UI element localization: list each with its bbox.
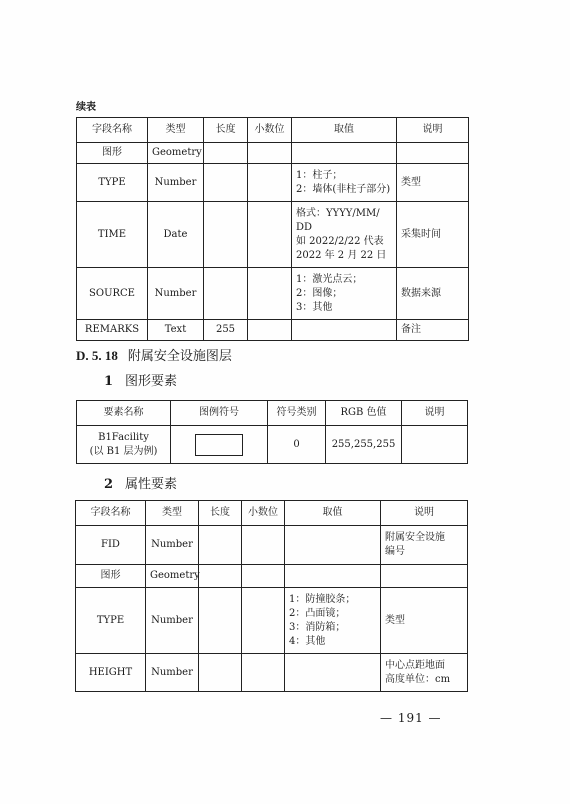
header-description: 说明: [402, 401, 468, 426]
cell-type: Number: [146, 588, 199, 654]
table-row: REMARKS Text 255 备注: [77, 320, 469, 341]
cell-value: [285, 565, 381, 588]
table-row: 图形 Geometry: [76, 565, 468, 588]
cell-length: [199, 588, 242, 654]
cell-length: [204, 143, 248, 164]
cell-description: 数据来源: [397, 268, 469, 320]
header-decimals: 小数位: [248, 118, 292, 143]
cell-field-name: FID: [76, 526, 146, 565]
cell-symbol-category: 0: [268, 426, 326, 464]
cell-length: [204, 268, 248, 320]
cell-length: [204, 202, 248, 268]
subsection-heading-1: 1图形要素: [104, 370, 177, 389]
cell-description: 备注: [397, 320, 469, 341]
cell-value: 1：防撞胶条； 2：凸面镜； 3：消防箱； 4：其他: [285, 588, 381, 654]
cell-length: [199, 654, 242, 692]
cell-description: 附属安全设施 编号: [381, 526, 468, 565]
cell-field-name: TIME: [77, 202, 148, 268]
header-field-name: 字段名称: [77, 118, 148, 143]
header-field-name: 字段名称: [76, 501, 146, 526]
cell-decimals: [248, 202, 292, 268]
cell-decimals: [242, 654, 285, 692]
header-description: 说明: [397, 118, 469, 143]
header-type: 类型: [146, 501, 199, 526]
subsection-number: 1: [104, 374, 113, 389]
section-title: 附属安全设施图层: [128, 349, 232, 364]
cell-legend-symbol: [171, 426, 268, 464]
table-row: HEIGHT Number 中心点距地面 高度单位：cm: [76, 654, 468, 692]
cell-decimals: [242, 588, 285, 654]
cell-type: Text: [148, 320, 204, 341]
cell-value: 格式：YYYY/MM/ DD 如 2022/2/22 代表 2022 年 2 月…: [292, 202, 397, 268]
cell-value: [292, 320, 397, 341]
attribute-table-continued: 字段名称 类型 长度 小数位 取值 说明 图形 Geometry TYPE Nu…: [76, 117, 469, 341]
cell-length: [204, 164, 248, 202]
cell-length: [199, 526, 242, 565]
subsection-number: 2: [104, 477, 113, 492]
cell-decimals: [242, 565, 285, 588]
cell-value: [285, 654, 381, 692]
table-header-row: 字段名称 类型 长度 小数位 取值 说明: [77, 118, 469, 143]
cell-description: [402, 426, 468, 464]
cell-type: Date: [148, 202, 204, 268]
cell-type: Number: [146, 654, 199, 692]
table-row: 图形 Geometry: [77, 143, 469, 164]
rectangle-outline-icon: [195, 434, 243, 456]
cell-decimals: [248, 143, 292, 164]
table-row: TYPE Number 1：柱子； 2：墙体(非柱子部分) 类型: [77, 164, 469, 202]
subsection-title: 属性要素: [125, 477, 177, 492]
cell-decimals: [248, 320, 292, 341]
cell-decimals: [242, 526, 285, 565]
attribute-elements-table: 字段名称 类型 长度 小数位 取值 说明 FID Number 附属安全设施 编…: [75, 500, 468, 692]
table-header-row: 要素名称 图例符号 符号类别 RGB 色值 说明: [77, 401, 468, 426]
cell-value: [285, 526, 381, 565]
cell-description: 采集时间: [397, 202, 469, 268]
table-row: TIME Date 格式：YYYY/MM/ DD 如 2022/2/22 代表 …: [77, 202, 469, 268]
page-number: — 191 —: [380, 711, 442, 725]
cell-length: [199, 565, 242, 588]
cell-type: Number: [148, 164, 204, 202]
cell-rgb-value: 255,255,255: [326, 426, 402, 464]
section-heading: D. 5. 18附属安全设施图层: [76, 345, 232, 364]
header-decimals: 小数位: [242, 501, 285, 526]
cell-description: 类型: [381, 588, 468, 654]
cell-field-name: 图形: [76, 565, 146, 588]
cell-field-name: REMARKS: [77, 320, 148, 341]
cell-length: 255: [204, 320, 248, 341]
subsection-title: 图形要素: [125, 374, 177, 389]
cell-decimals: [248, 268, 292, 320]
cell-type: Geometry: [148, 143, 204, 164]
section-number: D. 5. 18: [76, 348, 118, 363]
header-value: 取值: [292, 118, 397, 143]
cell-field-name: 图形: [77, 143, 148, 164]
table-row: TYPE Number 1：防撞胶条； 2：凸面镜； 3：消防箱； 4：其他 类…: [76, 588, 468, 654]
cell-description: [381, 565, 468, 588]
header-value: 取值: [285, 501, 381, 526]
cell-field-name: TYPE: [76, 588, 146, 654]
cell-field-name: TYPE: [77, 164, 148, 202]
cell-description: 类型: [397, 164, 469, 202]
header-length: 长度: [204, 118, 248, 143]
table-row: SOURCE Number 1：激光点云； 2：图像； 3：其他 数据来源: [77, 268, 469, 320]
header-symbol-category: 符号类别: [268, 401, 326, 426]
table-row: B1Facility (以 B1 层为例) 0 255,255,255: [77, 426, 468, 464]
header-rgb-value: RGB 色值: [326, 401, 402, 426]
header-description: 说明: [381, 501, 468, 526]
cell-field-name: HEIGHT: [76, 654, 146, 692]
header-legend-symbol: 图例符号: [171, 401, 268, 426]
table-row: FID Number 附属安全设施 编号: [76, 526, 468, 565]
cell-decimals: [248, 164, 292, 202]
cell-type: Geometry: [146, 565, 199, 588]
cell-description: 中心点距地面 高度单位：cm: [381, 654, 468, 692]
cell-value: 1：激光点云； 2：图像； 3：其他: [292, 268, 397, 320]
cell-value: [292, 143, 397, 164]
cell-type: Number: [146, 526, 199, 565]
continuation-label: 续表: [76, 98, 96, 113]
cell-description: [397, 143, 469, 164]
document-page: 续表 字段名称 类型 长度 小数位 取值 说明 图形 Geometry TYPE…: [0, 0, 570, 804]
header-type: 类型: [148, 118, 204, 143]
graphic-elements-table: 要素名称 图例符号 符号类别 RGB 色值 说明 B1Facility (以 B…: [76, 400, 468, 464]
header-element-name: 要素名称: [77, 401, 171, 426]
cell-field-name: SOURCE: [77, 268, 148, 320]
cell-value: 1：柱子； 2：墙体(非柱子部分): [292, 164, 397, 202]
subsection-heading-2: 2属性要素: [104, 473, 177, 492]
table-header-row: 字段名称 类型 长度 小数位 取值 说明: [76, 501, 468, 526]
header-length: 长度: [199, 501, 242, 526]
cell-type: Number: [148, 268, 204, 320]
cell-element-name: B1Facility (以 B1 层为例): [77, 426, 171, 464]
